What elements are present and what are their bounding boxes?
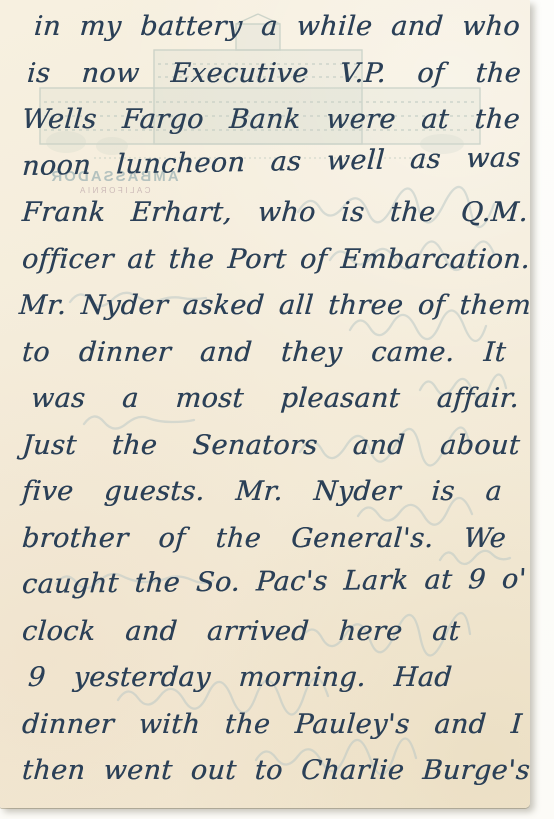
handwritten-line: to dinner and they came. It <box>20 330 507 377</box>
handwritten-line: Mr. Nyder asked all three of them <box>17 283 532 330</box>
handwritten-line: caught the So. Pac's Lark at 9 o' <box>21 557 528 609</box>
letter-body: in my battery a while and who is now Exe… <box>22 4 534 795</box>
handwritten-line: five guests. Mr. Nyder is a <box>20 469 503 516</box>
handwritten-line: in my battery a while and who <box>32 4 521 51</box>
letter-page: AMBASSADOR CALIFORNIA in <box>0 0 530 808</box>
handwritten-line: Frank Erhart, who is the Q.M. <box>20 190 529 237</box>
handwritten-line: noon luncheon as well as was <box>21 135 522 190</box>
handwritten-line: then went out to Charlie Burge's <box>20 748 531 795</box>
handwritten-line: is now Executive V.P. of the <box>25 51 522 98</box>
scanned-letter: AMBASSADOR CALIFORNIA in <box>0 0 554 819</box>
handwritten-line: 9 yesterday morning. Had <box>26 655 453 702</box>
handwritten-line: was a most pleasant affair. <box>29 376 520 423</box>
handwritten-line: officer at the Port of Embarcation. <box>20 237 531 284</box>
handwritten-line: clock and arrived here at <box>20 609 461 656</box>
handwritten-line: brother of the General's. We <box>20 516 507 563</box>
handwritten-line: Just the Senators and about <box>20 423 521 470</box>
handwritten-line: dinner with the Pauley's and I <box>20 702 523 749</box>
